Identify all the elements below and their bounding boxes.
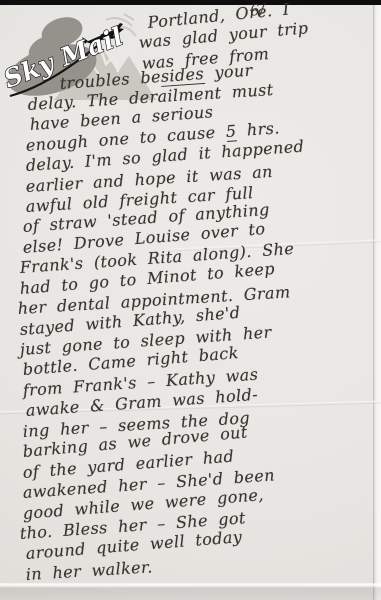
line-text: your — [203, 61, 253, 83]
letter-scan-page: Sky Mail 6/ Portland, Ore. I was glad yo… — [0, 0, 381, 600]
paper-right-edge — [373, 5, 381, 600]
paper-bottom-shadow — [0, 584, 381, 600]
line-text: hrs. — [236, 118, 281, 140]
letter-body: Portland, Ore. I was glad your trip was … — [12, 13, 374, 585]
